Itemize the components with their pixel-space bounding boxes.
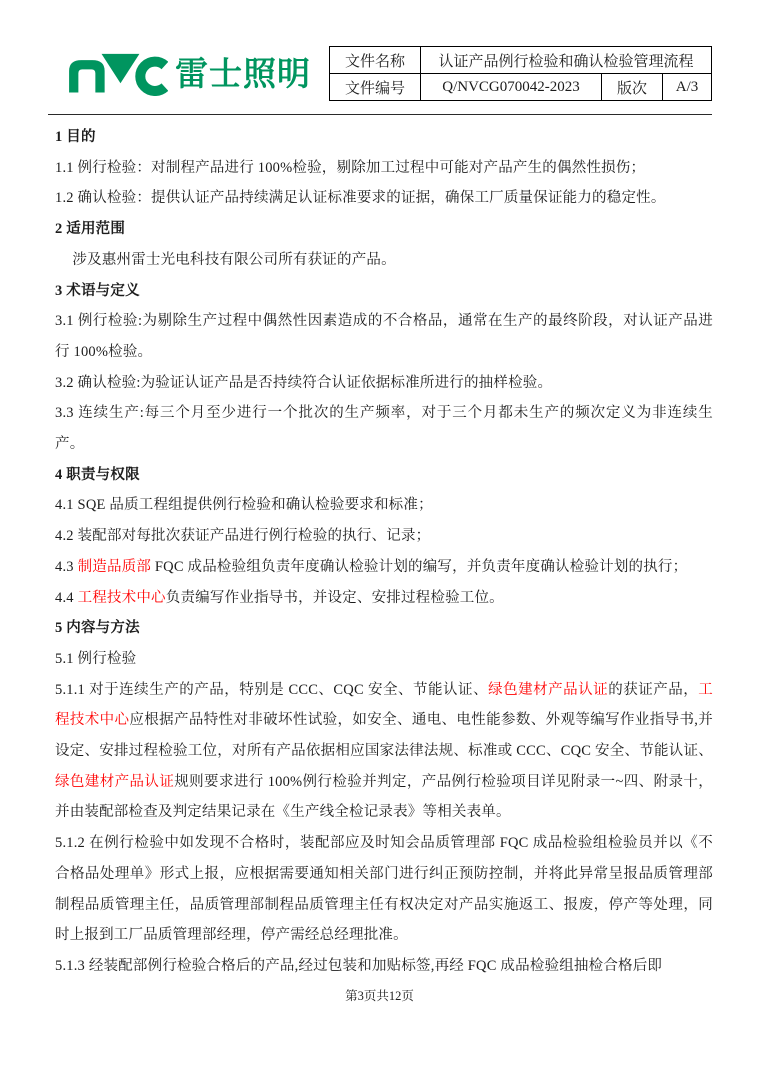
nvc-logo: 雷士照明 xyxy=(66,52,311,96)
text-segment: FQC 成品检验组负责年度确认检验计划的编写，并负责年度确认检验计划的执行； xyxy=(151,559,687,575)
paragraph: 4.4 工程技术中心负责编写作业指导书，并设定、安排过程检验工位。 xyxy=(55,583,713,614)
table-row: 文件名称 认证产品例行检验和确认检验管理流程 xyxy=(330,47,712,74)
text-segment: 3.1 例行检验:为剔除生产过程中偶然性因素造成的不合格品，通常在生产的最终阶段… xyxy=(55,313,713,360)
text-segment: 1.2 确认检验：提供认证产品持续满足认证标准要求的证据，确保工厂质量保证能力的… xyxy=(55,190,666,206)
section-heading: 1 目的 xyxy=(55,122,713,153)
text-segment: 5 内容与方法 xyxy=(55,620,140,636)
section-heading: 2 适用范围 xyxy=(55,214,713,245)
paragraph: 4.1 SQE 品质工程组提供例行检验和确认检验要求和标准； xyxy=(55,490,713,521)
text-segment: 3.3 连续生产:每三个月至少进行一个批次的生产频率，对于三个月都未生产的频次定… xyxy=(55,405,713,452)
highlighted-text: 制造品质部 xyxy=(78,559,152,575)
section-heading: 3 术语与定义 xyxy=(55,276,713,307)
text-segment: 4.1 SQE 品质工程组提供例行检验和确认检验要求和标准； xyxy=(55,497,433,513)
text-segment: 5.1.2 在例行检验中如发现不合格时，装配部应及时知会品质管理部 FQC 成品… xyxy=(55,835,713,943)
text-segment: 2 适用范围 xyxy=(55,221,125,237)
document-page: 雷士照明 文件名称 认证产品例行检验和确认检验管理流程 文件编号 Q/NVCG0… xyxy=(0,0,759,1071)
version-label: 版次 xyxy=(602,74,663,101)
file-name-value: 认证产品例行检验和确认检验管理流程 xyxy=(421,47,712,74)
brand-name: 雷士照明 xyxy=(175,57,311,90)
table-row: 文件编号 Q/NVCG070042-2023 版次 A/3 xyxy=(330,74,712,101)
paragraph: 1.2 确认检验：提供认证产品持续满足认证标准要求的证据，确保工厂质量保证能力的… xyxy=(55,183,713,214)
file-number-label: 文件编号 xyxy=(330,74,421,101)
page-footer: 第3页共12页 xyxy=(0,986,759,1004)
paragraph: 3.2 确认检验:为验证认证产品是否持续符合认证依据标准所进行的抽样检验。 xyxy=(55,368,713,399)
header-divider xyxy=(48,114,712,115)
text-segment: 1.1 例行检验：对制程产品进行 100%检验，剔除加工过程中可能对产品产生的偶… xyxy=(55,160,645,176)
nvc-logo-mark xyxy=(66,52,168,96)
document-info-table: 文件名称 认证产品例行检验和确认检验管理流程 文件编号 Q/NVCG070042… xyxy=(329,46,712,101)
highlighted-text: 绿色建材产品认证 xyxy=(488,682,608,698)
text-segment: 4.3 xyxy=(55,559,78,575)
paragraph: 5.1.2 在例行检验中如发现不合格时，装配部应及时知会品质管理部 FQC 成品… xyxy=(55,828,713,951)
paragraph: 4.2 装配部对每批次获证产品进行例行检验的执行、记录； xyxy=(55,521,713,552)
paragraph: 5.1.3 经装配部例行检验合格后的产品,经过包装和加贴标签,再经 FQC 成品… xyxy=(55,951,713,982)
paragraph: 涉及惠州雷士光电科技有限公司所有获证的产品。 xyxy=(55,245,713,276)
paragraph: 4.3 制造品质部 FQC 成品检验组负责年度确认检验计划的编写，并负责年度确认… xyxy=(55,552,713,583)
highlighted-text: 工程技术中心 xyxy=(78,590,166,606)
file-number-value: Q/NVCG070042-2023 xyxy=(421,74,602,101)
text-segment: 5.1.3 经装配部例行检验合格后的产品,经过包装和加贴标签,再经 FQC 成品… xyxy=(55,958,662,974)
file-name-label: 文件名称 xyxy=(330,47,421,74)
text-segment: 4.4 xyxy=(55,590,78,606)
section-heading: 4 职责与权限 xyxy=(55,460,713,491)
paragraph: 3.1 例行检验:为剔除生产过程中偶然性因素造成的不合格品，通常在生产的最终阶段… xyxy=(55,306,713,367)
document-body: 1 目的1.1 例行检验：对制程产品进行 100%检验，剔除加工过程中可能对产品… xyxy=(55,122,713,982)
paragraph: 3.3 连续生产:每三个月至少进行一个批次的生产频率，对于三个月都未生产的频次定… xyxy=(55,398,713,459)
version-value: A/3 xyxy=(663,74,712,101)
text-segment: 5.1 例行检验 xyxy=(55,651,136,667)
text-segment: 4 职责与权限 xyxy=(55,467,140,483)
text-segment: 1 目的 xyxy=(55,129,96,145)
text-segment: 涉及惠州雷士光电科技有限公司所有获证的产品。 xyxy=(72,252,395,268)
text-segment: 负责编写作业指导书，并设定、安排过程检验工位。 xyxy=(166,590,504,606)
paragraph: 1.1 例行检验：对制程产品进行 100%检验，剔除加工过程中可能对产品产生的偶… xyxy=(55,153,713,184)
highlighted-text: 绿色建材产品认证 xyxy=(55,774,174,790)
paragraph: 5.1 例行检验 xyxy=(55,644,713,675)
section-heading: 5 内容与方法 xyxy=(55,613,713,644)
page-indicator: 第3页共12页 xyxy=(345,989,414,1003)
text-segment: 的获证产品， xyxy=(608,682,698,698)
text-segment: 4.2 装配部对每批次获证产品进行例行检验的执行、记录； xyxy=(55,528,430,544)
document-header: 雷士照明 文件名称 认证产品例行检验和确认检验管理流程 文件编号 Q/NVCG0… xyxy=(66,46,712,101)
text-segment: 3 术语与定义 xyxy=(55,283,140,299)
text-segment: 应根据产品特性对非破坏性试验，如安全、通电、电性能参数、外观等编写作业指导书,并… xyxy=(55,712,713,759)
paragraph: 5.1.1 对于连续生产的产品，特别是 CCC、CQC 安全、节能认证、绿色建材… xyxy=(55,675,713,829)
text-segment: 3.2 确认检验:为验证认证产品是否持续符合认证依据标准所进行的抽样检验。 xyxy=(55,375,552,391)
text-segment: 5.1.1 对于连续生产的产品，特别是 CCC、CQC 安全、节能认证、 xyxy=(55,682,488,698)
